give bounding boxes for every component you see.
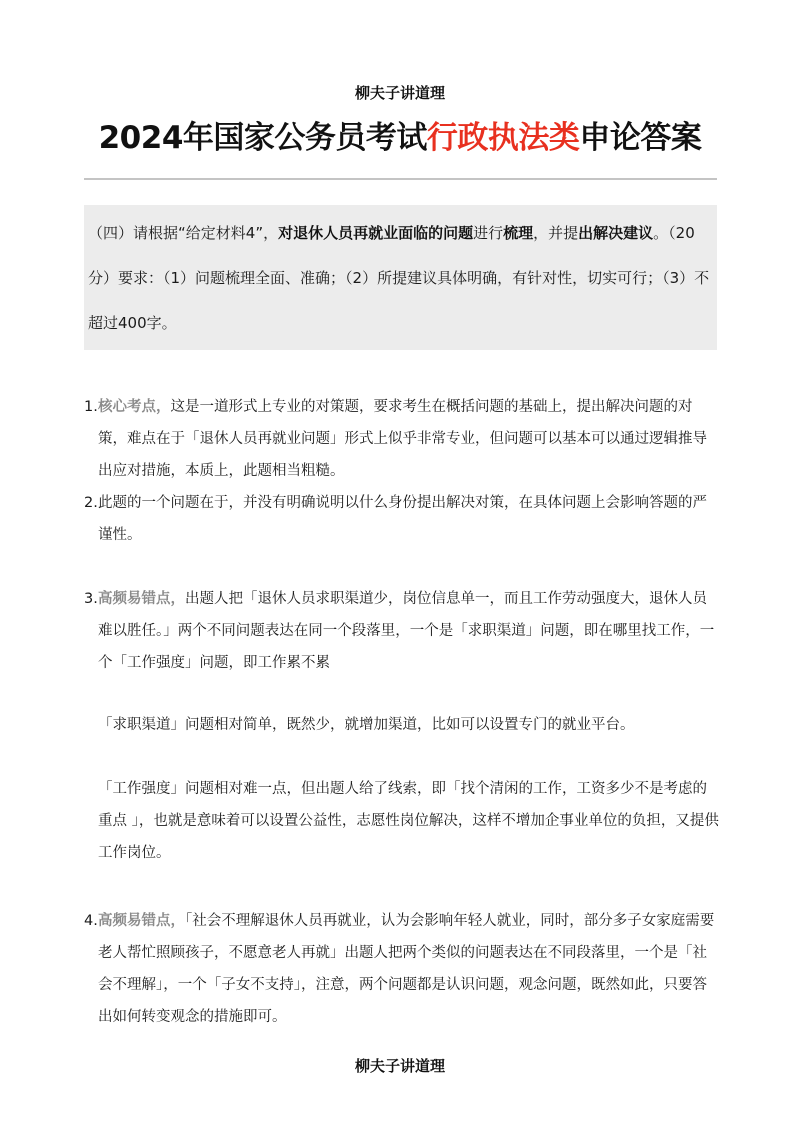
question-emphasis: 出解决建议 (578, 224, 653, 242)
question-box: （四）请根据“给定材料4”，对退休人员再就业面临的问题进行梳理，并提出解决建议。… (84, 205, 717, 350)
explanation-paragraph: 「求职渠道」问题相对简单，既然少，就增加渠道，比如可以设置专门的就业平台。 (98, 709, 720, 741)
list-number: 2. (84, 487, 98, 519)
list-number: 3. (84, 583, 98, 615)
list-number: 4. (84, 905, 98, 937)
list-item: 1. 核心考点，这是一道形式上专业的对策题，要求考生在概括问题的基础上，提出解决… (84, 391, 720, 487)
error-point-tag: 高频易错点， (98, 591, 185, 607)
title-suffix: 申论答案 (579, 120, 701, 156)
brand-header: 柳夫子讲道理 (0, 82, 800, 103)
list-item: 2. 此题的一个问题在于，并没有明确说明以什么身份提出解决对策，在具体问题上会影… (84, 487, 720, 551)
question-emphasis: 梳理 (503, 224, 533, 242)
list-text: 此题的一个问题在于，并没有明确说明以什么身份提出解决对策，在具体问题上会影响答题… (98, 495, 707, 543)
error-point-tag: 高频易错点， (98, 913, 185, 929)
list-item: 3. 高频易错点，出题人把「退休人员求职渠道少，岗位信息单一，而且工作劳动强度大… (84, 583, 720, 679)
question-text: ，并提 (533, 224, 578, 242)
page-title: 2024年国家公务员考试行政执法类申论答案 (0, 112, 800, 157)
title-highlight: 行政执法类 (427, 120, 580, 156)
list-number: 1. (84, 391, 98, 423)
divider (84, 178, 717, 180)
list-text: 「社会不理解退休人员再就业，认为会影响年轻人就业，同时，部分多子女家庭需要老人帮… (98, 913, 714, 1025)
title-prefix: 2024年国家公务员考试 (99, 120, 427, 156)
key-point-tag: 核心考点， (98, 399, 171, 415)
list-item: 4. 高频易错点，「社会不理解退休人员再就业，认为会影响年轻人就业，同时，部分多… (84, 905, 720, 1033)
question-text: 进行 (473, 224, 503, 242)
question-emphasis: 对退休人员再就业面临的问题 (278, 224, 473, 242)
list-text: 出题人把「退休人员求职渠道少，岗位信息单一，而且工作劳动强度大，退休人员难以胜任… (98, 591, 714, 671)
brand-footer: 柳夫子讲道理 (0, 1055, 800, 1076)
explanation-paragraph: 「工作强度」问题相对难一点，但出题人给了线索，即「找个清闲的工作，工资多少不是考… (98, 773, 720, 869)
question-text: （四）请根据“给定材料4”， (88, 224, 278, 242)
list-text: 这是一道形式上专业的对策题，要求考生在概括问题的基础上，提出解决问题的对策，难点… (98, 399, 707, 479)
